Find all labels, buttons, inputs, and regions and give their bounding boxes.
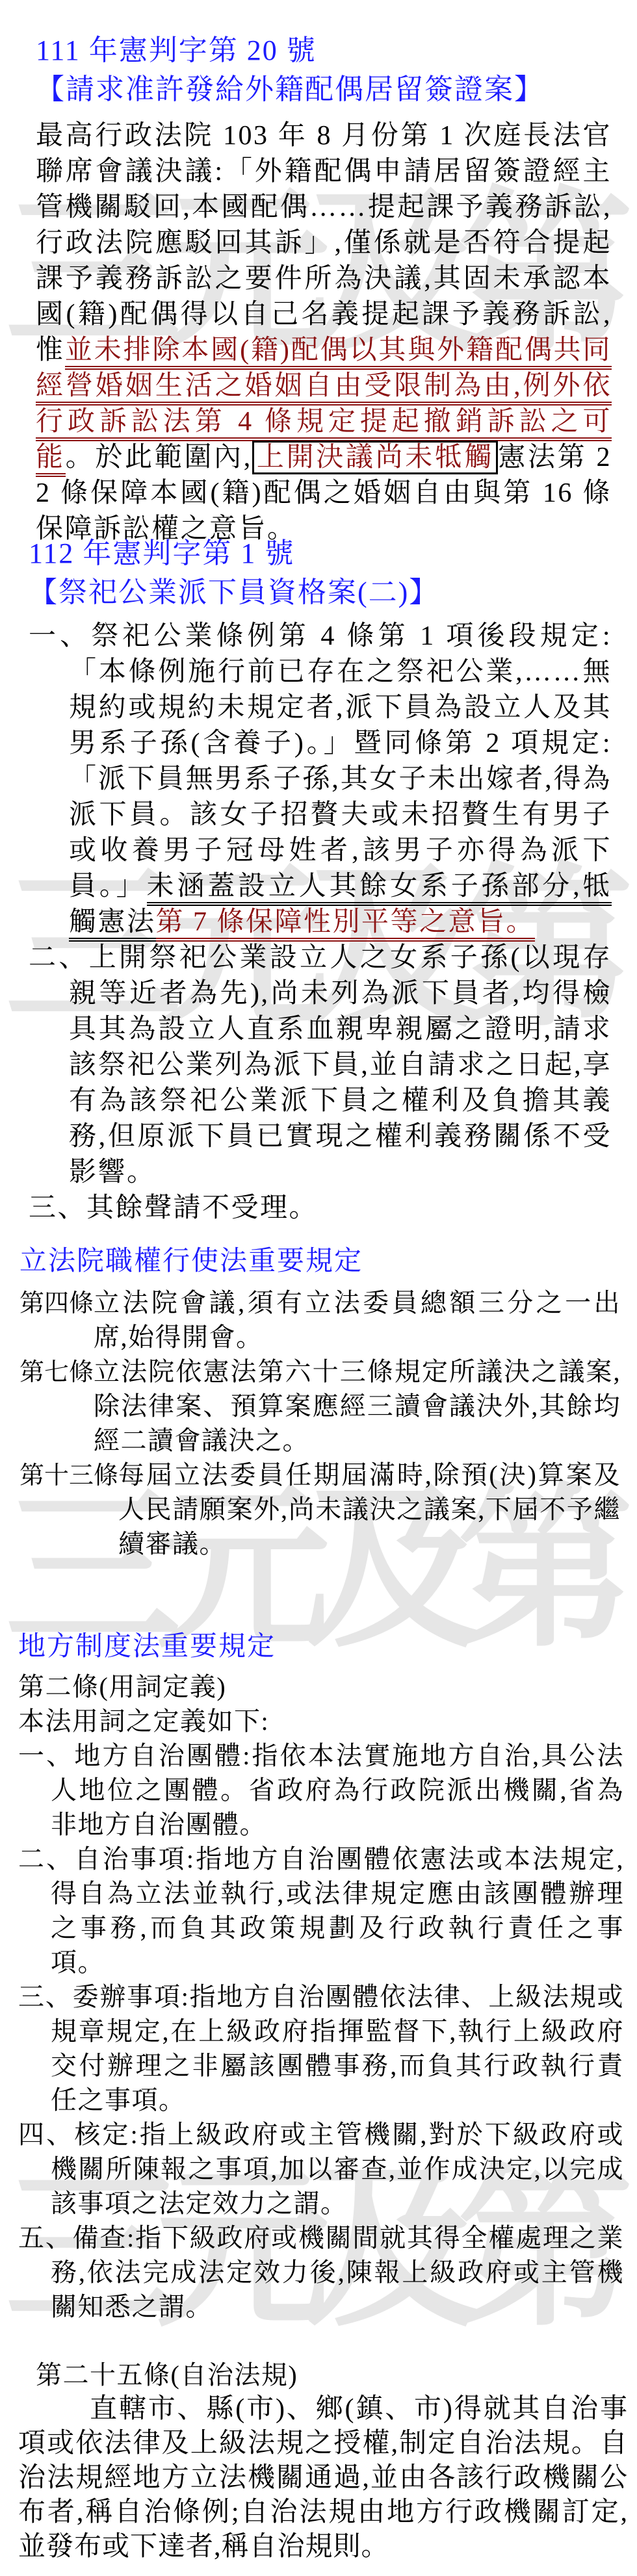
case-name-heading: 【請求准許發給外籍配偶居留簽證案】: [36, 70, 612, 109]
judgment-112-1-section: 112 年憲判字第 1 號 【祭祀公業派下員資格案(二)】 一、祭祀公業條例第 …: [29, 534, 612, 1226]
article-text: 立法院依憲法第六十三條規定所議決之議案,除法律案、預算案應經三讀會議決外,其餘均…: [94, 1354, 621, 1458]
text-run: 。於此範圍內,: [66, 443, 252, 472]
text-run: 上開祭祀公業設立人之女系子孫(以現存親等近者為先),尚未列為派下員者,均得檢具其…: [69, 943, 612, 1187]
list-item: 一、祭祀公業條例第 4 條第 1 項後段規定:「本條例施行前已存在之祭祀公業,……: [29, 619, 612, 940]
item-marker: 三、: [18, 1982, 73, 2011]
legislative-yuan-powers-act-section: 立法院職權行使法重要規定 第四條 立法院會議,須有立法委員總額三分之一出席,始得…: [19, 1243, 621, 1561]
item-marker: 五、: [18, 2223, 73, 2252]
article-label: 第二條(用詞定義): [18, 1669, 624, 1704]
item-marker: 四、: [18, 2120, 74, 2149]
document-page: 三元及第 三元及第 三元及第 三元及第 111 年憲判字第 20 號 【請求准許…: [0, 0, 637, 2576]
text-run: 其餘聲請不受理。: [86, 1193, 318, 1223]
list-item: 二、自治事項:指地方自治團體依憲法或本法規定,得自為立法並執行,或法律規定應由該…: [18, 1842, 624, 1979]
statute-heading: 立法院職權行使法重要規定: [19, 1243, 621, 1280]
text-run: 祭祀公業條例第 4 條第 1 項後段規定:「本條例施行前已存在之祭祀公業,……無…: [69, 621, 612, 901]
article-label: 第七條: [19, 1354, 94, 1390]
list-item: 二、上開祭祀公業設立人之女系子孫(以現存親等近者為先),尚未列為派下員者,均得檢…: [29, 940, 612, 1191]
text-run: 地方自治團體:指依本法實施地方自治,具公法人地位之團體。省政府為行政院派出機關,…: [51, 1741, 624, 1839]
article-text: 每屆立法委員任期屆滿時,除預(決)算案及人民請願案外,尚未議決之議案,下屆不予繼…: [118, 1458, 621, 1561]
article-text: 直轄市、縣(市)、鄉(鎮、市)得就其自治事項或依法律及上級法規之授權,制定自治法…: [18, 2392, 628, 2564]
item-marker: 一、: [29, 621, 91, 651]
item-marker: 三、: [29, 1193, 86, 1223]
list-item: 一、地方自治團體:指依本法實施地方自治,具公法人地位之團體。省政府為行政院派出機…: [18, 1738, 624, 1842]
judgment-111-20-section: 111 年憲判字第 20 號 【請求准許發給外籍配偶居留簽證案】 最高行政法院 …: [36, 31, 612, 547]
article-label: 第十三條: [19, 1458, 118, 1493]
text-run: 最高行政法院 103 年 8 月份第 1 次庭長法官聯席會議決議:「外籍配偶申請…: [36, 121, 612, 365]
list-item: 四、核定:指上級政府或主管機關,對於下級政府或機關所陳報之事項,加以審查,並作成…: [18, 2117, 624, 2221]
item-marker: 一、: [18, 1741, 74, 1770]
item-marker: 二、: [29, 943, 89, 973]
text-run: 委辦事項:指地方自治團體依法律、上級法規或規章規定,在上級政府指揮監督下,執行上…: [51, 1982, 624, 2115]
article-label: 第四條: [19, 1285, 94, 1321]
article-label: 第二十五條(自治法規): [18, 2358, 628, 2392]
judgment-number-heading: 112 年憲判字第 1 號: [29, 534, 612, 573]
article-text: 立法院會議,須有立法委員總額三分之一出席,始得開會。: [94, 1285, 621, 1354]
emphasis-red-boxed: 上開決議尚未牴觸: [252, 441, 499, 474]
item-marker: 二、: [18, 1844, 74, 1874]
definition-list: 一、地方自治團體:指依本法實施地方自治,具公法人地位之團體。省政府為行政院派出機…: [18, 1738, 624, 2324]
judgment-summary-paragraph: 最高行政法院 103 年 8 月份第 1 次庭長法官聯席會議決議:「外籍配偶申請…: [36, 118, 612, 547]
article-row: 第七條 立法院依憲法第六十三條規定所議決之議案,除法律案、預算案應經三讀會議決外…: [19, 1354, 621, 1458]
text-run: 備查:指下級政府或機關間就其得全權處理之業務,依法完成法定效力後,陳報上級政府或…: [51, 2223, 624, 2321]
article-intro: 本法用詞之定義如下:: [18, 1704, 624, 1738]
local-government-act-section: 地方制度法重要規定 第二條(用詞定義) 本法用詞之定義如下: 一、地方自治團體:…: [18, 1628, 624, 2324]
article-row: 第四條 立法院會議,須有立法委員總額三分之一出席,始得開會。: [19, 1285, 621, 1354]
article-list: 第四條 立法院會議,須有立法委員總額三分之一出席,始得開會。 第七條 立法院依憲…: [19, 1285, 621, 1561]
list-item: 三、委辦事項:指地方自治團體依法律、上級法規或規章規定,在上級政府指揮監督下,執…: [18, 1979, 624, 2117]
judgment-number-heading: 111 年憲判字第 20 號: [36, 31, 612, 70]
text-run: 核定:指上級政府或主管機關,對於下級政府或機關所陳報之事項,加以審查,並作成決定…: [51, 2120, 624, 2218]
list-item: 五、備查:指下級政府或機關間就其得全權處理之業務,依法完成法定效力後,陳報上級政…: [18, 2221, 624, 2324]
list-item: 三、其餘聲請不受理。: [29, 1191, 612, 1226]
article-25-section: 第二十五條(自治法規) 直轄市、縣(市)、鄉(鎮、市)得就其自治事項或依法律及上…: [18, 2358, 628, 2564]
statute-heading: 地方制度法重要規定: [18, 1628, 624, 1666]
emphasis-red-underlined: 第 7 條保障性別平等之意旨。: [156, 907, 536, 942]
text-run: 自治事項:指地方自治團體依憲法或本法規定,得自為立法並執行,或法律規定應由該團體…: [51, 1844, 624, 1977]
case-name-heading: 【祭祀公業派下員資格案(二)】: [29, 573, 612, 612]
judgment-holding-list: 一、祭祀公業條例第 4 條第 1 項後段規定:「本條例施行前已存在之祭祀公業,……: [29, 619, 612, 1226]
article-row: 第十三條 每屆立法委員任期屆滿時,除預(決)算案及人民請願案外,尚未議決之議案,…: [19, 1458, 621, 1561]
